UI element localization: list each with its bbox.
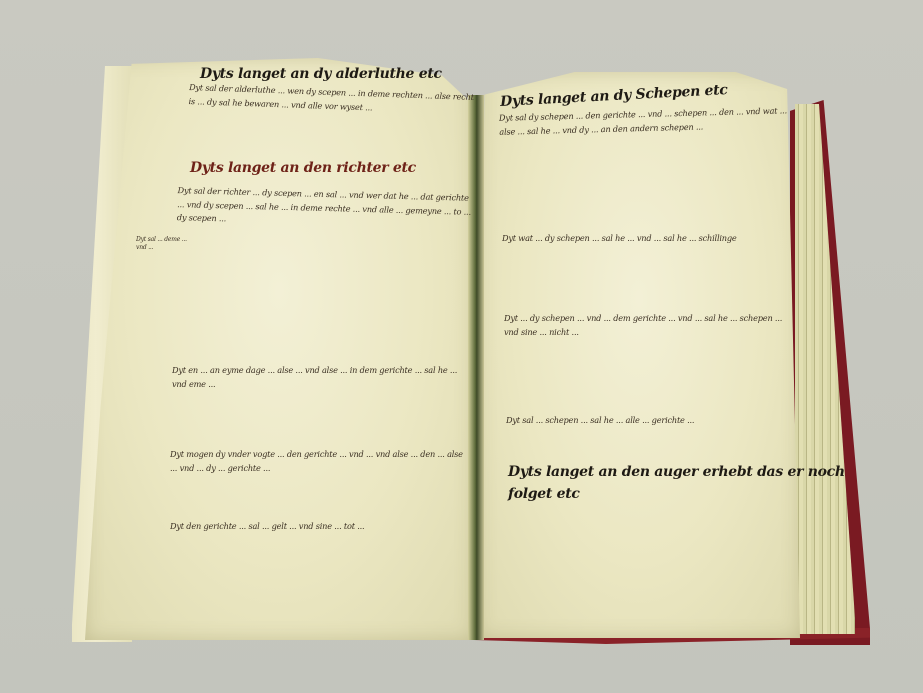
right-paragraph-3: Dyt ... dy schepen ... vnd ... dem geric… <box>504 312 789 380</box>
right-paragraph-4: Dyt sal ... schepen ... sal he ... alle … <box>506 414 786 442</box>
right-paragraph-2: Dyt wat ... dy schepen ... sal he ... vn… <box>502 232 787 272</box>
photo-scene: Dyts langet an dy alderluthe etc Dyt sal… <box>0 0 923 693</box>
left-paragraph-4: Dyt mogen dy vnder vogte ... den gericht… <box>170 448 470 500</box>
left-paragraph-3: Dyt en ... an eyme dage ... alse ... vnd… <box>172 364 472 404</box>
left-heading-2: Dyts langet an den richter etc <box>190 160 416 176</box>
right-heading-2-continued: folget etc <box>508 486 580 502</box>
left-paragraph-2: Dyt sal der richter ... dy scepen ... en… <box>174 184 477 320</box>
left-paragraph-5: Dyt den gerichte ... sal ... gelt ... vn… <box>170 520 470 536</box>
right-heading-2: Dyts langet an den auger erhebt das er n… <box>508 464 845 480</box>
left-paragraph-1: Dyt sal der alderluthe ... wen dy scepen… <box>187 81 474 159</box>
right-paragraph-1: Dyt sal dy schepen ... den gerichte ... … <box>499 104 791 208</box>
left-heading-1: Dyts langet an dy alderluthe etc <box>200 66 442 82</box>
left-margin-note: Dyt sal ... deme ... vnd ... <box>136 236 188 262</box>
